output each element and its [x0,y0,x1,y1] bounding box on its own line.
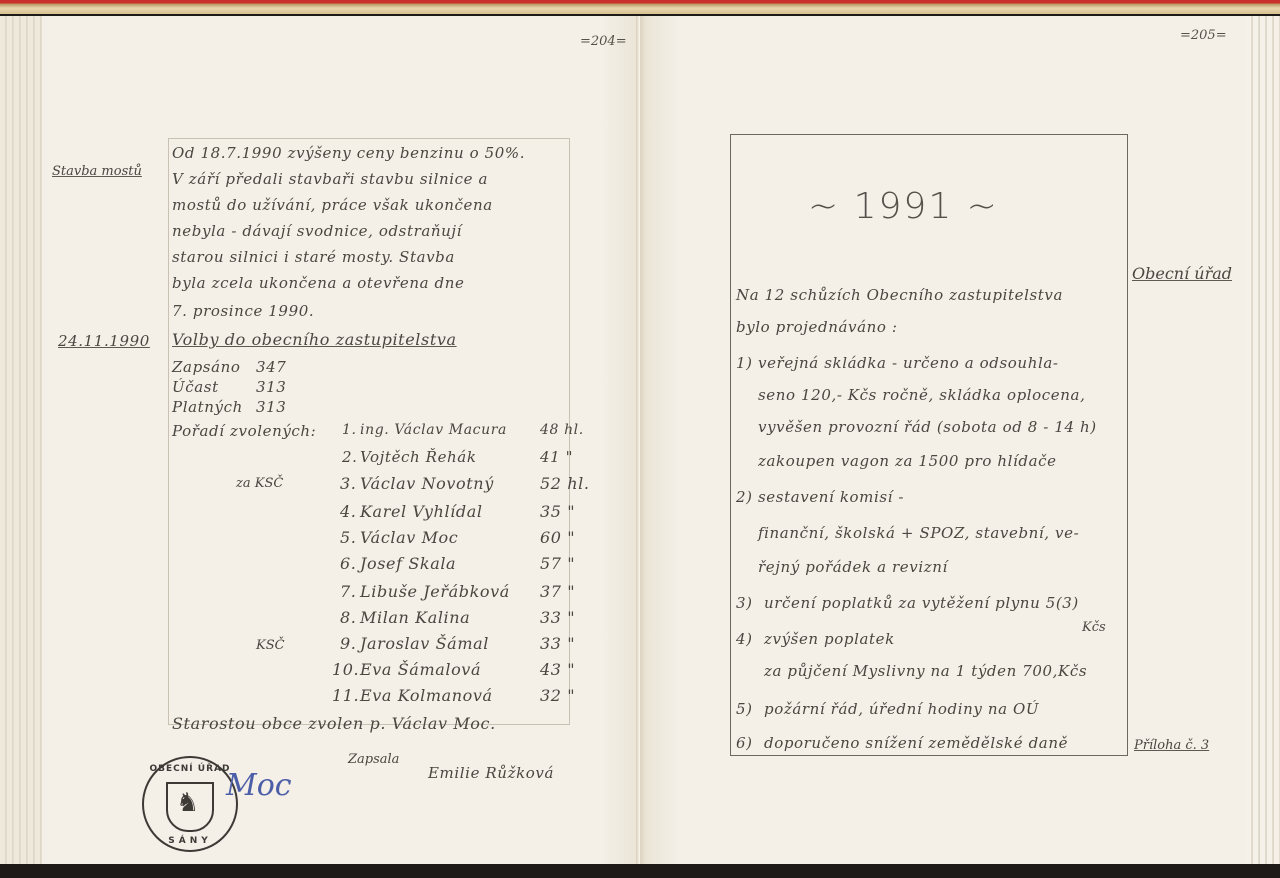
candidate-rank: 8. [340,608,356,627]
candidate-votes: 33 " [540,634,575,653]
intro-line: bylo projednáváno : [736,318,898,336]
candidate-rank: 5. [340,528,356,547]
candidate-votes: 32 " [540,686,575,705]
stat-value: 313 [256,398,286,416]
stamp-top-text: OBECNÍ ÚŘAD [144,764,236,774]
text-line: mostů do užívání, práce však ukončena [172,196,493,214]
candidate-name: Vojtěch Řehák [360,448,477,466]
lion-icon: ♞ [176,790,199,816]
stat-value: 347 [256,358,286,376]
candidate-rank: 6. [340,554,356,573]
candidate-rank: 10. [332,660,359,679]
item-number: 1) [736,354,753,372]
written-by-name: Emilie Růžková [428,764,554,782]
candidate-votes: 60 " [540,528,575,547]
order-label: Pořadí zvolených: [172,422,316,440]
candidate-name: Jaroslav Šámal [360,634,489,653]
candidate-name: Karel Vyhlídal [360,502,483,521]
mayor-line: Starostou obce zvolen p. Václav Moc. [172,714,496,733]
stamp-bottom-text: SÁNY [144,836,236,846]
candidate-name: Václav Moc [360,528,458,547]
item-number: 6) [736,734,753,752]
candidate-votes: 33 " [540,608,575,627]
item-line: určení poplatků za vytěžení plynu 5(3) [764,594,1079,612]
candidate-votes: 57 " [540,554,575,573]
item-line: za půjčení Myslivny na 1 týden 700,Kčs [764,662,1087,680]
candidate-name: Libuše Jeřábková [360,582,510,601]
right-page: =205= ~ 1991 ~ Obecní úřad Na 12 schůzíc… [640,16,1280,864]
text-line: V září předali stavbaři stavbu silnice a [172,170,488,188]
margin-label-date: 24.11.1990 [58,332,150,350]
text-line: 7. prosince 1990. [172,302,314,320]
item-line: seno 120,- Kčs ročně, skládka oplocena, [758,386,1085,404]
item-line: sestavení komisí - [758,488,904,506]
election-heading: Volby do obecního zastupitelstva [172,330,457,349]
candidate-name: Eva Šámalová [360,660,481,679]
item-line: zvýšen poplatek [764,630,895,648]
item-line: vyvěšen provozní řád (sobota od 8 - 14 h… [758,418,1097,436]
intro-line: Na 12 schůzích Obecního zastupitelstva [736,286,1063,304]
margin-label-obecni-urad: Obecní úřad [1132,264,1232,283]
page-edges-right [1246,16,1280,864]
left-page: =204= Stavba mostů Od 18.7.1990 zvýšeny … [0,16,640,864]
open-book: =204= Stavba mostů Od 18.7.1990 zvýšeny … [0,10,1280,868]
official-stamp: OBECNÍ ÚŘAD ♞ SÁNY [142,756,238,852]
candidate-rank: 1. [342,422,357,438]
candidate-rank: 9. [340,634,356,653]
item-line: doporučeno snížení zemědělské daně [764,734,1068,752]
item-line: požární řád, úřední hodiny na OÚ [764,700,1039,718]
text-line: byla zcela ukončena a otevřena dne [172,274,464,292]
candidate-name: Milan Kalina [360,608,470,627]
party-label: za KSČ [236,476,283,491]
year-heading: ~ 1991 ~ [808,186,999,227]
item-number: 4) [736,630,753,648]
stat-label: Účast [172,378,219,396]
written-by-label: Zapsala [348,752,399,767]
text-line: Od 18.7.1990 zvýšeny ceny benzinu o 50%. [172,144,525,162]
attachment-label: Příloha č. 3 [1134,738,1209,753]
item-line: finanční, školská + SPOZ, stavební, ve- [758,524,1079,542]
coat-of-arms: ♞ [166,782,214,832]
candidate-rank: 3. [340,474,356,493]
party-label: KSČ [256,638,285,653]
page-number: =205= [1180,28,1227,43]
candidate-rank: 2. [342,448,358,466]
candidate-name: Josef Skala [360,554,456,573]
candidate-votes: 43 " [540,660,575,679]
page-edges-left [0,16,42,864]
text-line: nebyla - dávají svodnice, odstraňují [172,222,462,240]
stat-label: Zapsáno [172,358,241,376]
currency-note: Kčs [1082,620,1106,635]
item-number: 5) [736,700,753,718]
item-number: 3) [736,594,753,612]
candidate-rank: 11. [332,686,359,705]
candidate-votes: 37 " [540,582,575,601]
candidate-rank: 7. [340,582,356,601]
item-number: 2) [736,488,753,506]
candidate-name: ing. Václav Macura [360,422,507,438]
candidate-votes: 35 " [540,502,575,521]
item-line: řejný pořádek a revizní [758,558,948,576]
candidate-rank: 4. [340,502,356,521]
candidate-votes: 41 " [540,448,573,466]
candidate-name: Václav Novotný [360,474,494,493]
stat-value: 313 [256,378,286,396]
item-line: zakoupen vagon za 1500 pro hlídače [758,452,1057,470]
text-line: starou silnici i staré mosty. Stavba [172,248,455,266]
stat-label: Platných [172,398,243,416]
candidate-votes: 52 hl. [540,474,590,493]
candidate-votes: 48 hl. [540,422,584,438]
page-number: =204= [580,34,627,49]
margin-label-stavba-mostu: Stavba mostů [52,164,142,179]
item-line: veřejná skládka - určeno a odsouhla- [758,354,1059,372]
mayor-signature: Moc [226,768,292,803]
candidate-name: Eva Kolmanová [360,686,493,705]
